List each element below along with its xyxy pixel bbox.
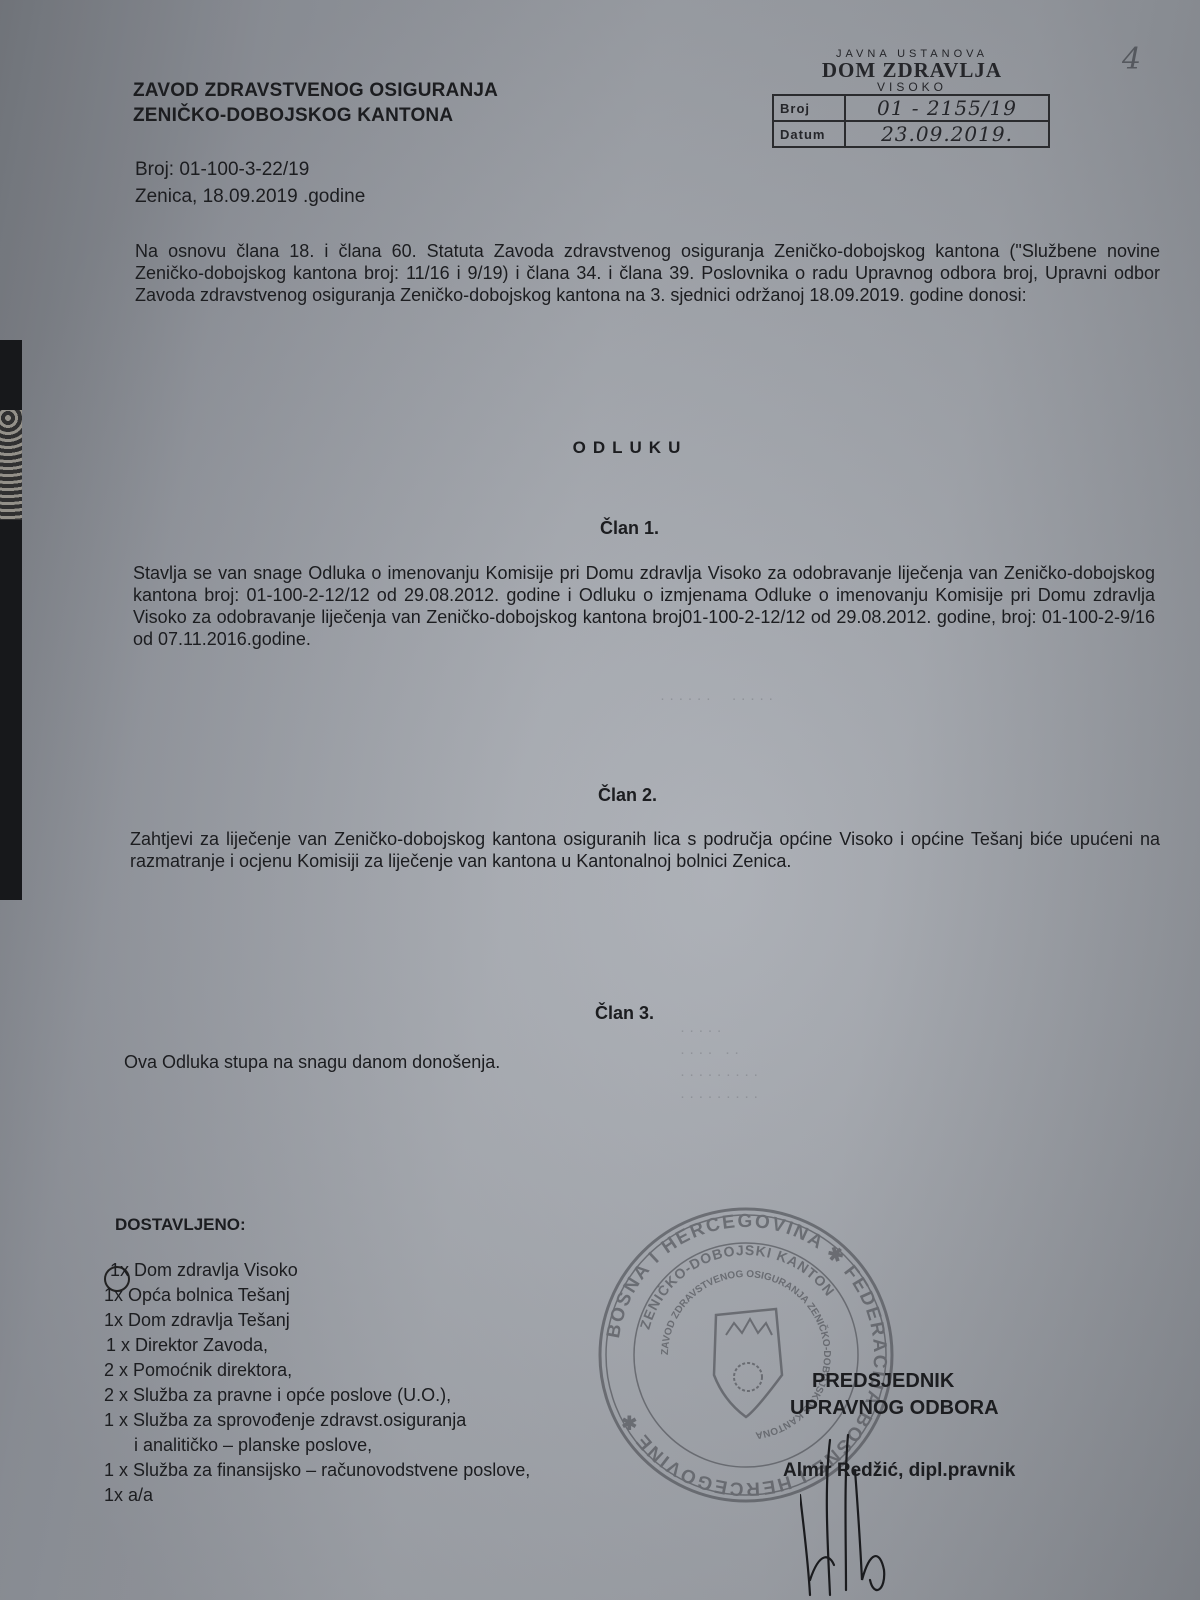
signatory-title-line1: PREDSJEDNIK (790, 1368, 999, 1395)
distribution-item: 1 x Služba za finansijsko – računovodstv… (104, 1458, 530, 1483)
institution-name-line2: ZENIČKO-DOBOJSKOG KANTONA (133, 103, 498, 128)
place-date: Zenica, 18.09.2019 .godine (135, 183, 365, 210)
registry-label: Broj (773, 95, 845, 121)
distribution-item: 2 x Pomoćnik direktora, (104, 1358, 530, 1383)
distribution-item: 1x Dom zdravlja Tešanj (104, 1308, 530, 1333)
handwritten-page-mark: 4 (1122, 42, 1141, 77)
registry-label: Datum (773, 121, 845, 147)
distribution-item: 1 x Direktor Zavoda, (104, 1333, 530, 1358)
article-3-heading: Član 3. (595, 1003, 654, 1024)
distribution-item-continuation: i analitičko – planske poslove, (104, 1433, 530, 1458)
preamble-paragraph: Na osnovu člana 18. i člana 60. Statuta … (135, 240, 1160, 306)
institution-name-line1: ZAVOD ZDRAVSTVENOG OSIGURANJA (133, 78, 498, 103)
distribution-item: 1 x Služba za sprovođenje zdravst.osigur… (104, 1408, 530, 1433)
distribution-item: 1x Dom zdravlja Visoko (104, 1258, 530, 1283)
distribution-item: 1x Opća bolnica Tešanj (104, 1283, 530, 1308)
decision-title: ODLUKU (0, 438, 1200, 458)
distribution-list: 1x Dom zdravlja Visoko 1x Opća bolnica T… (104, 1258, 530, 1508)
registry-row: Broj 01 - 2155/19 (773, 95, 1049, 121)
bleed-through-text: · · · · ·· · · · · ·· · · · · · · · ·· ·… (680, 1020, 758, 1108)
registry-stamp-line3: VISOKO (772, 80, 1052, 94)
handwritten-signature-icon (800, 1430, 920, 1600)
document-meta: Broj: 01-100-3-22/19 Zenica, 18.09.2019 … (135, 156, 365, 210)
article-2-text: Zahtjevi za liječenje van Zeničko-dobojs… (130, 828, 1160, 872)
registry-stamp-line2: DOM ZDRAVLJA (772, 60, 1052, 80)
distribution-title: DOSTAVLJENO: (115, 1215, 246, 1235)
article-3-text: Ova Odluka stupa na snagu danom donošenj… (124, 1052, 500, 1073)
registry-stamp: JAVNA USTANOVA DOM ZDRAVLJA VISOKO Broj … (772, 48, 1052, 148)
registry-table: Broj 01 - 2155/19 Datum 23.09.2019. (772, 94, 1050, 148)
registry-date: 23.09.2019. (845, 121, 1049, 147)
registry-row: Datum 23.09.2019. (773, 121, 1049, 147)
bleed-through-text: · · · · · · · · · · · (660, 688, 773, 710)
article-1-text: Stavlja se van snage Odluka o imenovanju… (133, 562, 1155, 650)
signatory-title: PREDSJEDNIK UPRAVNOG ODBORA (790, 1368, 999, 1422)
reference-number: Broj: 01-100-3-22/19 (135, 156, 365, 183)
institution-header: ZAVOD ZDRAVSTVENOG OSIGURANJA ZENIČKO-DO… (133, 78, 498, 128)
background-beads (0, 410, 22, 520)
distribution-item: 1x a/a (104, 1483, 530, 1508)
article-1-heading: Član 1. (600, 518, 659, 539)
distribution-item: 2 x Služba za pravne i opće poslove (U.O… (104, 1383, 530, 1408)
article-2-heading: Član 2. (598, 785, 657, 806)
registry-number: 01 - 2155/19 (845, 95, 1049, 121)
signatory-title-line2: UPRAVNOG ODBORA (790, 1395, 999, 1422)
